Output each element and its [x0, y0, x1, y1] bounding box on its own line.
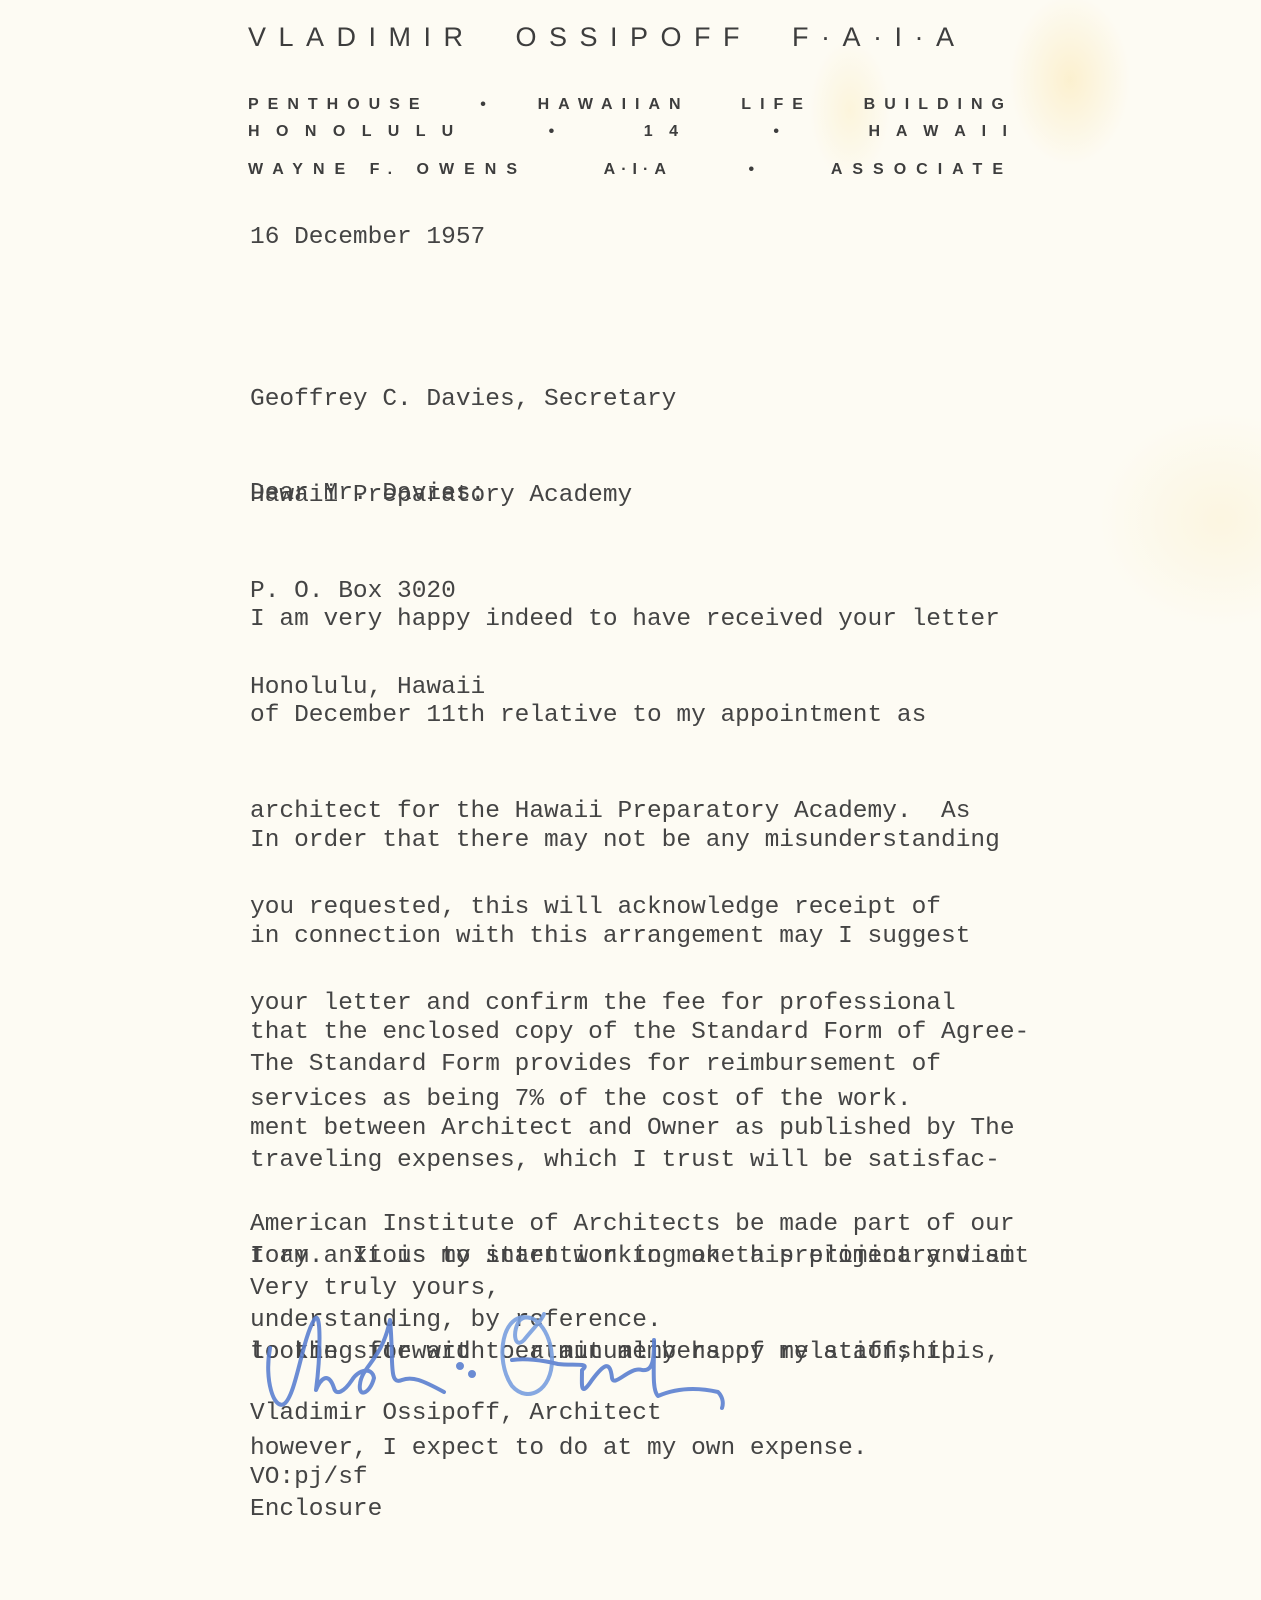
text-line: traveling expenses, which I trust will b…	[250, 1145, 1029, 1177]
address-word: PENTHOUSE	[248, 96, 429, 114]
letter-page: VLADIMIR OSSIPOFF F·A·I·A PENTHOUSE • HA…	[0, 0, 1261, 1600]
text-line: The Standard Form provides for reimburse…	[250, 1049, 1029, 1081]
address-word: BUILDING	[864, 96, 1013, 114]
reference-initials: VO:pj/sf	[250, 1462, 368, 1494]
address-line: Geoffrey C. Davies, Secretary	[250, 384, 676, 416]
letterhead-name: VLADIMIR OSSIPOFF F·A·I·A	[248, 22, 967, 53]
letterhead-associate-line: WAYNE F. OWENS A·I·A • ASSOCIATE	[248, 161, 1013, 179]
enclosure-note: Enclosure	[250, 1494, 382, 1526]
text-line: in connection with this arrangement may …	[250, 921, 1029, 953]
address-word: HAWAIIAN	[538, 96, 690, 114]
text-line: I am anxious to start working on this pr…	[250, 1241, 1015, 1273]
letterhead-address-line2: H O N O L U L U • 1 4 • H A W A I I	[248, 123, 1013, 141]
city: H O N O L U L U	[248, 123, 459, 141]
bullet: •	[480, 96, 486, 114]
letterhead-address-line1: PENTHOUSE • HAWAIIAN LIFE BUILDING	[248, 96, 1013, 114]
associate-name: WAYNE F. OWENS	[248, 161, 527, 179]
letter-date: 16 December 1957	[250, 222, 485, 254]
signature-line: Vladimir Ossipoff, Architect	[250, 1398, 662, 1430]
associate-title: ASSOCIATE	[831, 161, 1013, 179]
state: H A W A I I	[868, 123, 1013, 141]
text-line: I am very happy indeed to have received …	[250, 604, 1000, 636]
text-line: of December 11th relative to my appointm…	[250, 700, 1000, 732]
bullet: •	[549, 123, 555, 141]
bullet: •	[749, 161, 755, 179]
text-line: In order that there may not be any misun…	[250, 825, 1029, 857]
zone: 1 4	[644, 123, 684, 141]
salutation: Dear Mr. Davies:	[250, 478, 485, 510]
text-line: however, I expect to do at my own expens…	[250, 1433, 1029, 1465]
address-word: LIFE	[741, 96, 812, 114]
associate-credential: A·I·A	[604, 161, 672, 179]
bullet: •	[773, 123, 779, 141]
